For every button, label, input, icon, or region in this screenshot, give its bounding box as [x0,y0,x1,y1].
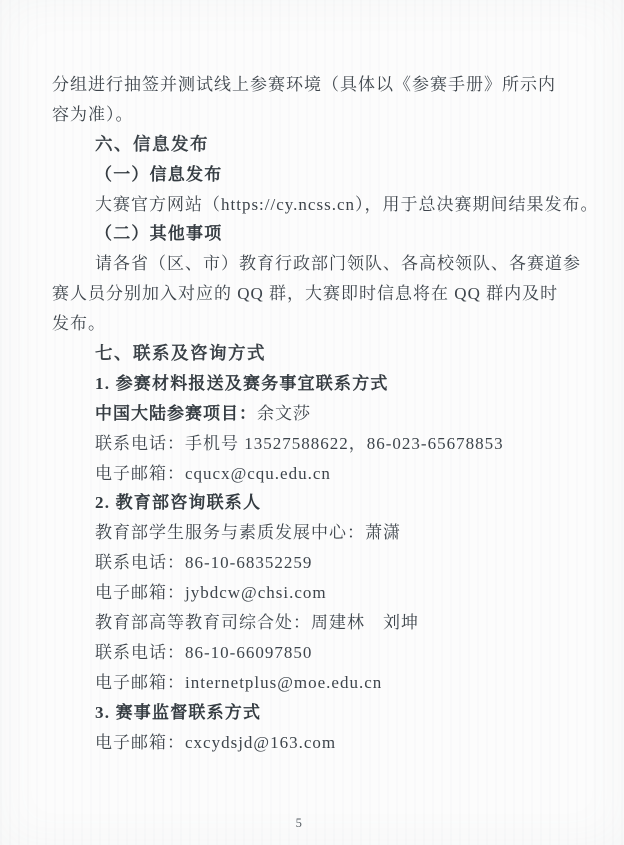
text-line: 联系电话：86-10-66097850 [52,638,552,668]
text-line: 联系电话：手机号 13527588622，86-023-65678853 [52,429,552,459]
sub-heading: 1. 参赛材料报送及赛务事宜联系方式 [52,369,552,399]
text-line: 电子邮箱：cxcydsjd@163.com [52,728,552,758]
text-line: 容为准）。 [52,100,552,130]
text-line: 电子邮箱：jybdcw@chsi.com [52,578,552,608]
contact-label: 中国大陆参赛项目： [95,404,257,423]
text-line: 教育部高等教育司综合处：周建林 刘坤 [52,608,552,638]
sub-heading: （二）其他事项 [52,219,552,249]
sub-heading: （一）信息发布 [52,160,552,190]
contact-line: 中国大陆参赛项目：余文莎 [52,399,552,429]
sub-heading: 2. 教育部咨询联系人 [52,488,552,518]
text-line: 联系电话：86-10-68352259 [52,548,552,578]
scanned-document-page: 分组进行抽签并测试线上参赛环境（具体以《参赛手册》所示内容为准）。六、信息发布（… [0,0,624,845]
text-line: 电子邮箱：internetplus@moe.edu.cn [52,668,552,698]
text-line: 电子邮箱：cqucx@cqu.edu.cn [52,459,552,489]
text-line: 请各省（区、市）教育行政部门领队、各高校领队、各赛道参 [52,249,552,279]
section-heading: 七、联系及咨询方式 [52,339,552,369]
text-line: 发布。 [52,309,552,339]
text-line: 教育部学生服务与素质发展中心：萧潇 [52,518,552,548]
text-line: 大赛官方网站（https://cy.ncss.cn），用于总决赛期间结果发布。 [52,190,552,220]
text-line: 分组进行抽签并测试线上参赛环境（具体以《参赛手册》所示内 [52,70,552,100]
page-number: 5 [52,816,546,831]
section-heading: 六、信息发布 [52,130,552,160]
contact-value: 余文莎 [257,404,311,423]
text-line: 赛人员分别加入对应的 QQ 群，大赛即时信息将在 QQ 群内及时 [52,279,552,309]
sub-heading: 3. 赛事监督联系方式 [52,698,552,728]
document-body: 分组进行抽签并测试线上参赛环境（具体以《参赛手册》所示内容为准）。六、信息发布（… [52,70,552,757]
